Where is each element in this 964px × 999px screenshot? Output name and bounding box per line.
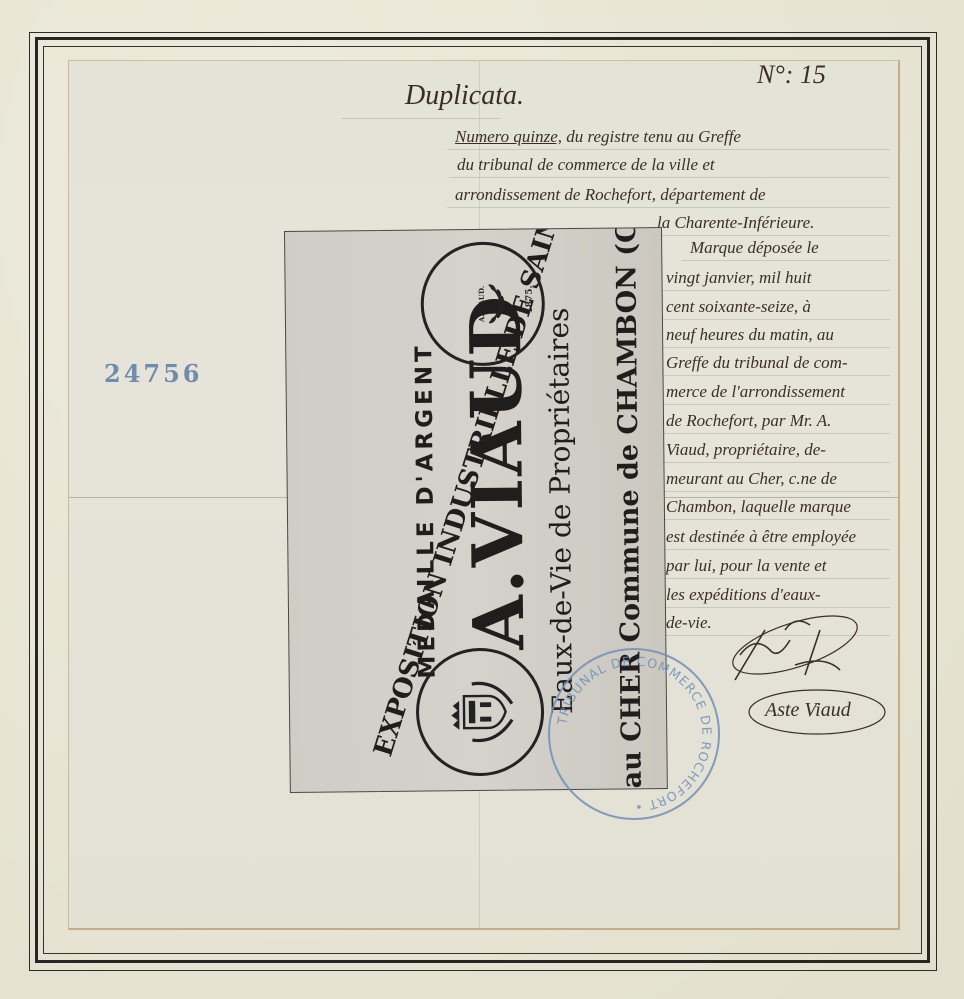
handwritten-line: merce de l'arrondissement [666,382,845,402]
handwritten-line: est destinée à être employée [666,527,856,547]
exposition-medal-icon: A.VIAUD. 1875. [420,241,545,366]
handwritten-line: Chambon, laquelle marque [666,497,851,517]
handwritten-line: cent soixante-seize, à [666,297,811,317]
ruled-line [658,549,890,550]
register-stamp-number: 24756 [104,359,203,388]
handwritten-line: de-vie. [666,613,712,633]
handwritten-line: du tribunal de commerce de la ville et [457,155,715,175]
handwritten-line: Marque déposée le [690,238,819,258]
ruled-line [658,519,890,520]
stamp-ring-text: TRIBUNAL DE COMMERCE DE ROCHEFORT • [550,650,718,818]
ruled-line [341,118,501,119]
ruled-line [447,149,890,150]
ruled-line [649,235,890,236]
ruled-line [658,462,890,463]
greffier-signature [725,600,875,690]
tribunal-stamp-icon: TRIBUNAL DE COMMERCE DE ROCHEFORT • [548,648,720,820]
medal-year: 1875. [524,285,534,313]
handwritten-line: la Charente-Inférieure. [657,213,814,233]
ruled-line [658,404,890,405]
svg-text:A.VIAUD.: A.VIAUD. [477,286,486,324]
handwritten-line: par lui, pour la vente et [666,556,827,576]
ruled-line [658,578,890,579]
handwritten-line: neuf heures du matin, au [666,325,834,345]
viaud-signature: Aste Viaud [745,682,890,742]
ruled-line [658,347,890,348]
handwritten-line: Numero quinze, du registre tenu au Greff… [455,127,741,147]
ruled-line [658,491,890,492]
svg-text:TRIBUNAL DE COMMERCE DE ROCHEF: TRIBUNAL DE COMMERCE DE ROCHEFORT • [554,654,714,815]
ruled-line [682,260,890,261]
handwritten-line: arrondissement de Rochefort, département… [455,185,766,205]
wreath-icon: A.VIAUD. [450,272,515,337]
ville-de-saintes-medal-icon [415,647,544,776]
ruled-line [658,319,890,320]
svg-text:Aste Viaud: Aste Viaud [763,699,852,721]
handwritten-line: de Rochefort, par Mr. A. [666,411,831,431]
ruled-line [658,290,890,291]
label-medal-line: MÉDAILLE D'ARGENT [411,342,441,679]
ruled-line [449,177,890,178]
coat-of-arms-icon [440,672,521,753]
handwritten-line: vingt janvier, mil huit [666,268,811,288]
ruled-line [447,207,890,208]
entry-number: N°: 15 [757,60,826,90]
heading-duplicata: Duplicata. [405,80,524,112]
ruled-line [658,375,890,376]
handwritten-line: Viaud, propriétaire, de- [666,440,826,460]
handwritten-line: Greffe du tribunal de com- [666,353,848,373]
ruled-line [658,433,890,434]
handwritten-line: meurant au Cher, c.ne de [666,469,837,489]
